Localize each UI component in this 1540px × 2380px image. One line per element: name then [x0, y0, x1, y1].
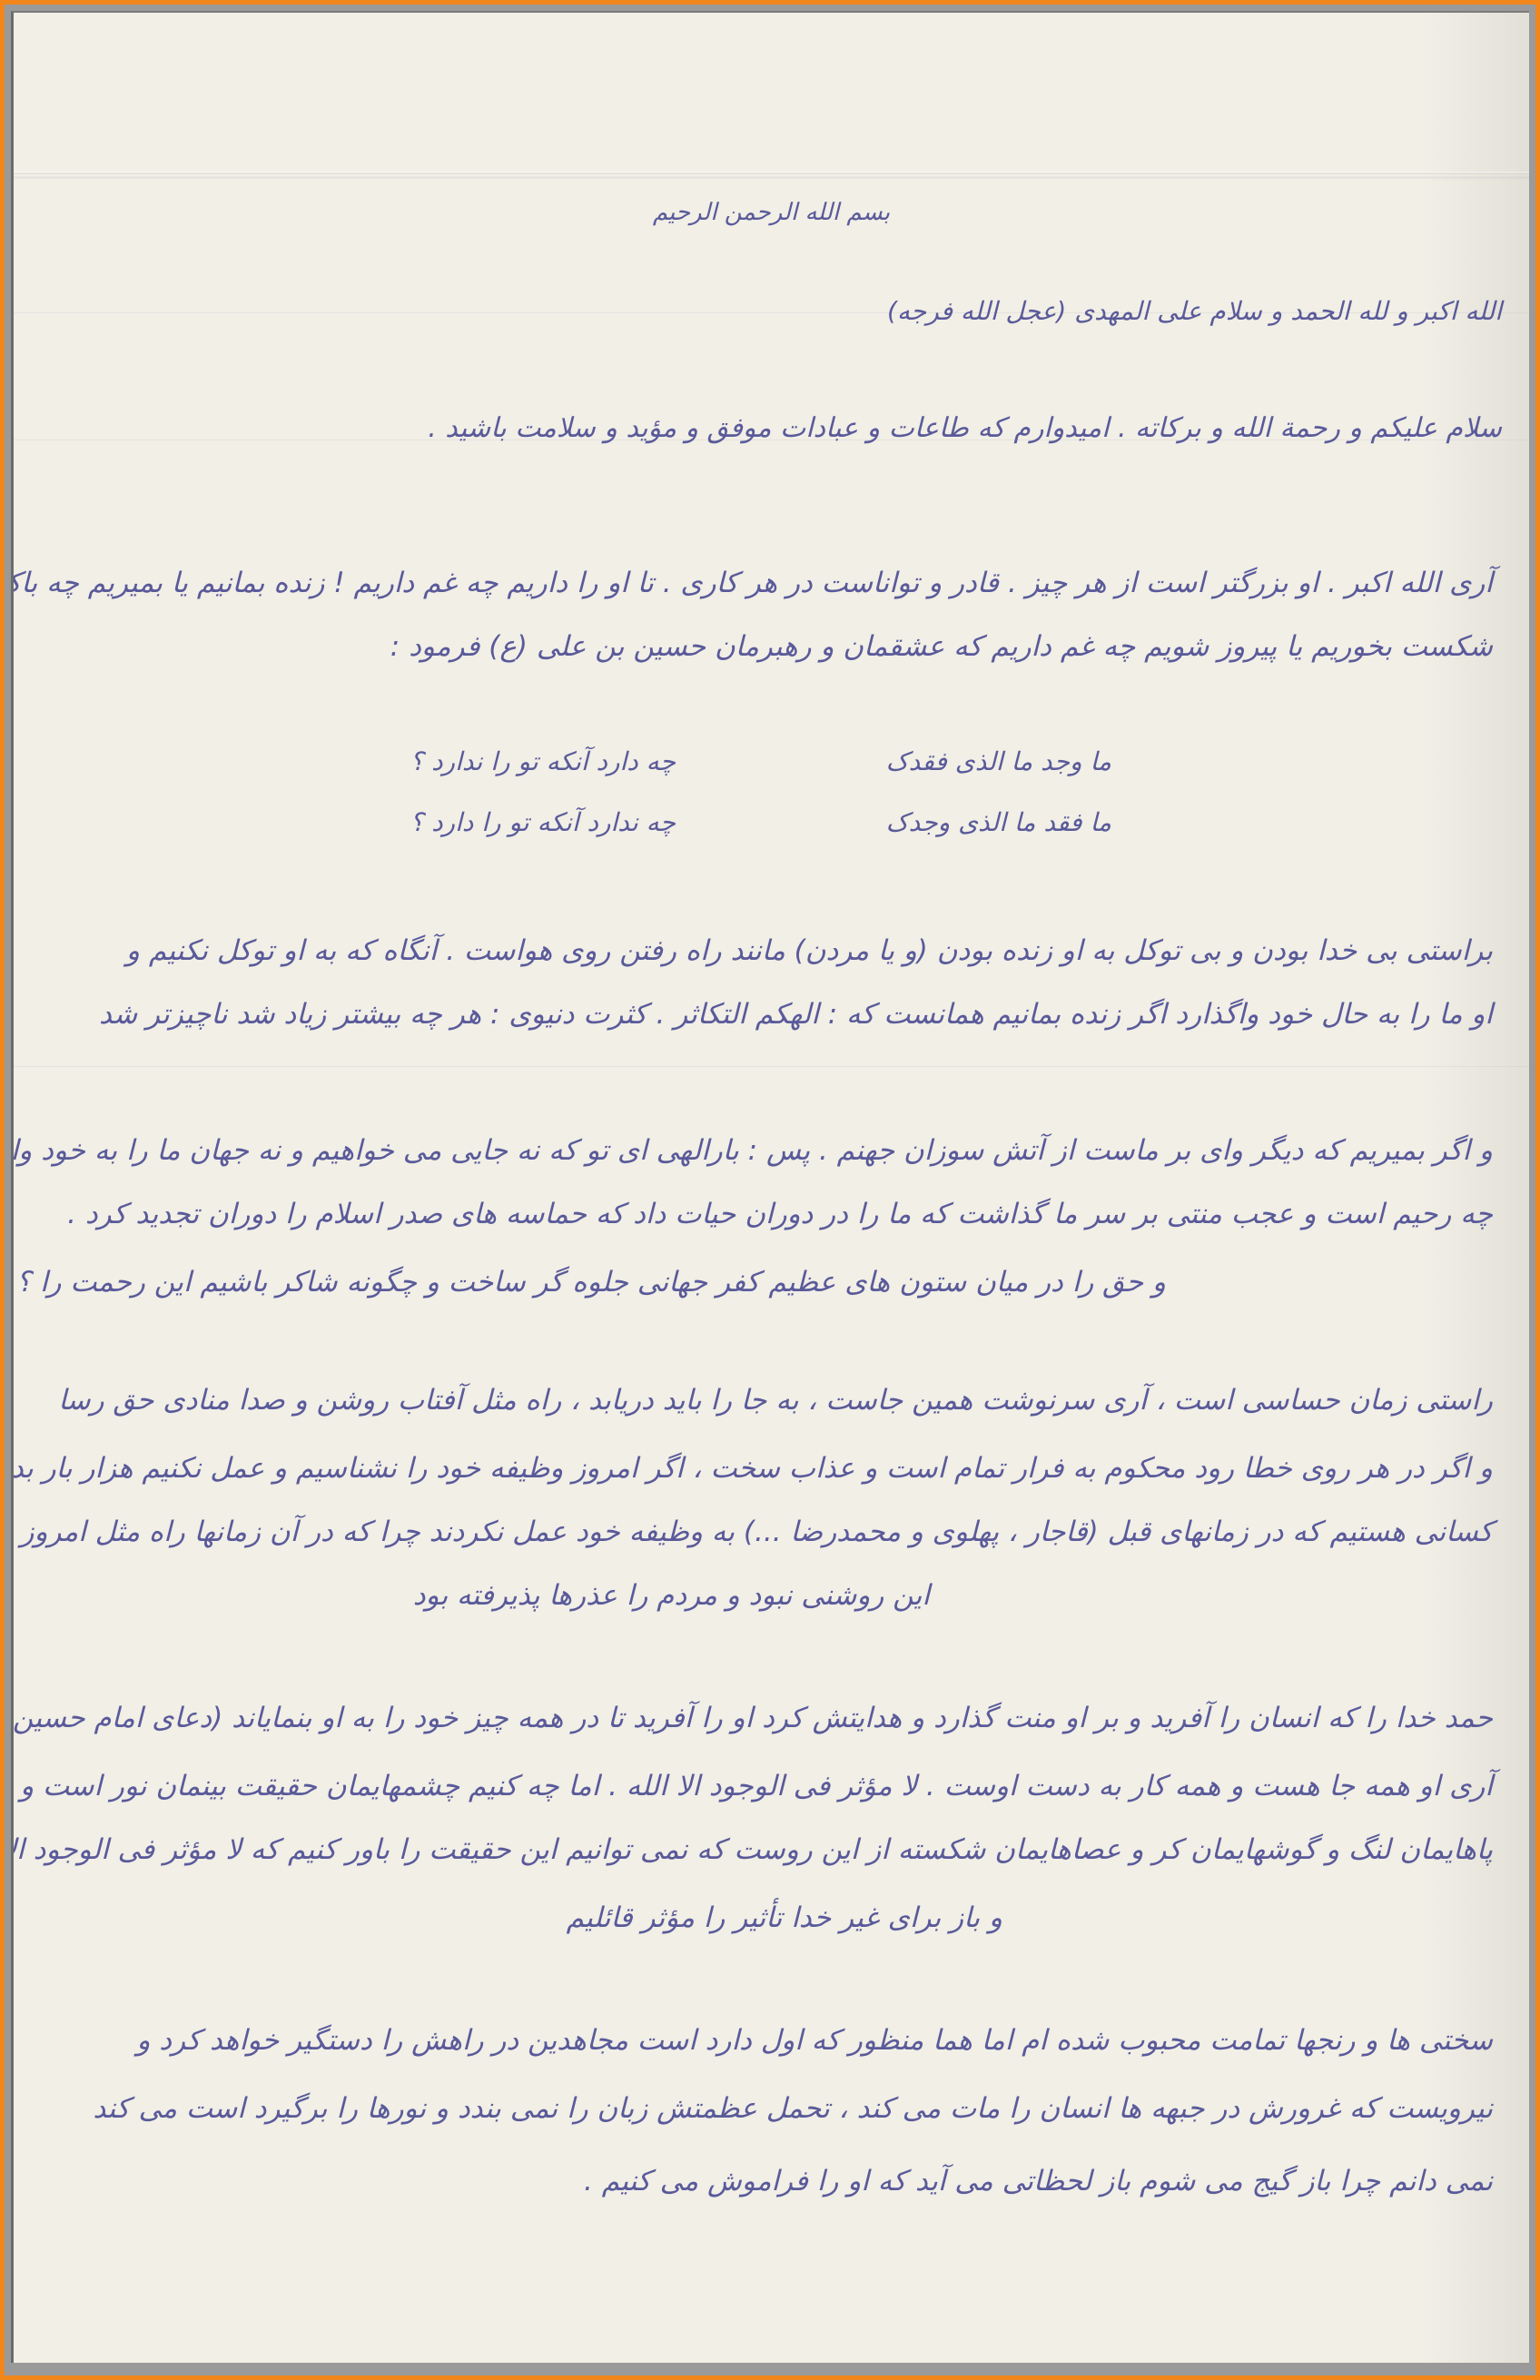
- paragraph-1-line-2: شکست بخوریم یا پیروز شویم چه غم داریم که…: [390, 630, 1493, 663]
- poem-persian-line-2: چه ندارد آنکه تو را دارد ؟: [410, 807, 676, 837]
- paper-fold: [14, 172, 1529, 174]
- paragraph-3-line-1: و اگر بمیریم که دیگر وای بر ماست از آتش …: [11, 1134, 1493, 1167]
- paragraph-4-line-1: راستی زمان حساسی است ، آری سرنوشت همین ج…: [58, 1384, 1493, 1417]
- paragraph-2-line-2: او ما را به حال خود واگذارد اگر زنده بما…: [99, 998, 1493, 1031]
- paragraph-6-line-3: نمی دانم چرا باز گیج می شوم باز لحظاتی م…: [584, 2165, 1493, 2197]
- paragraph-3-line-3: و حق را در میان ستون های عظیم کفر جهانی …: [16, 1266, 1166, 1299]
- paragraph-6-line-1: سختی ها و رنجها تمامت محبوب شده ام اما ه…: [136, 2024, 1493, 2057]
- paragraph-2-line-1: براستی بی خدا بودن و بی توکل به او زنده …: [126, 934, 1493, 967]
- letter-page: بسم الله الرحمن الرحیم الله اکبر و لله ا…: [11, 11, 1529, 2363]
- greeting-line: سلام علیکم و رحمة الله و برکاته . امیدوا…: [428, 412, 1502, 444]
- poem-arabic-line-1: ما وجد ما الذی فقدک: [886, 746, 1111, 776]
- paragraph-3-line-2: چه رحیم است و عجب منتی بر سر ما گذاشت که…: [67, 1198, 1493, 1230]
- document-frame: بسم الله الرحمن الرحیم الله اکبر و لله ا…: [0, 0, 1540, 2380]
- paragraph-1-line-1: آری الله اکبر . او بزرگتر است از هر چیز …: [11, 567, 1493, 599]
- paragraph-5-line-3: پاهایمان لنگ و گوشهایمان کر و عصاهایمان …: [11, 1833, 1493, 1866]
- opening-line: الله اکبر و لله الحمد و سلام علی المهدی …: [887, 296, 1502, 326]
- paragraph-4-line-4: این روشنی نبود و مردم را عذرها پذیرفته ب…: [413, 1579, 930, 1612]
- paragraph-6-line-2: نیرویست که غرورش در جبهه ها انسان را مات…: [93, 2092, 1493, 2125]
- paragraph-5-line-1: حمد خدا را که انسان را آفرید و بر او منت…: [11, 1702, 1493, 1734]
- ruled-line: [14, 1066, 1529, 1067]
- paragraph-5-line-4: و باز برای غیر خدا تأثیر را مؤثر قائلیم: [567, 1901, 1002, 1934]
- paragraph-5-line-2: آری او همه جا هست و همه کار به دست اوست …: [20, 1770, 1493, 1802]
- basmala-heading: بسم الله الرحمن الرحیم: [14, 199, 1529, 226]
- paragraph-4-line-2: و اگر در هر روی خطا رود محکوم به فرار تم…: [11, 1452, 1493, 1485]
- poem-persian-line-1: چه دارد آنکه تو را ندارد ؟: [410, 746, 676, 776]
- paragraph-4-line-3: کسانی هستیم که در زمانهای قبل (قاجار ، پ…: [11, 1516, 1493, 1548]
- poem-arabic-line-2: ما فقد ما الذی وجدک: [886, 807, 1111, 837]
